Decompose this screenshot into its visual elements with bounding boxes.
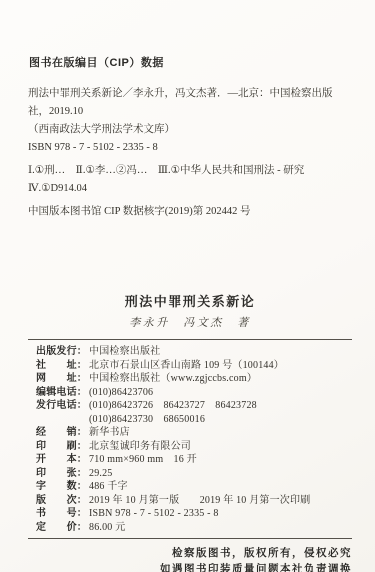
book-copyright-page: 图书在版编目（CIP）数据 刑法中罪刑关系新论／李永升，冯文杰著．—北京：中国检… [0,0,375,572]
colophon-value: 2019 年 10 月第一版 2019 年 10 月第一次印刷 [89,494,310,508]
book-title: 刑法中罪刑关系新论 [28,291,352,310]
colophon-row-format: 开 本： 710 mm×960 mm 16 开 [36,453,352,467]
colophon-label: 出版发行： [36,345,89,359]
colophon-row-edition: 版 次： 2019 年 10 月第一版 2019 年 10 月第一次印刷 [36,494,352,508]
colophon-value: (010)86423726 86423727 86423728 [89,399,257,413]
colophon-label: 字 数： [36,480,89,494]
colophon-row-word-count: 字 数： 486 千字 [36,480,352,494]
cip-line-record-number: 中国版本图书馆 CIP 数据核字(2019)第 202442 号 [28,203,352,221]
notice-copyright: 检察版图书，版权所有，侵权必究 [28,545,352,561]
colophon: 出版发行： 中国检察出版社 社 址： 北京市石景山区香山南路 109 号（100… [28,345,352,534]
cip-line-series: （西南政法大学刑法学术文库） [28,121,352,139]
colophon-row-printer: 印 刷： 北京玺诚印务有限公司 [36,440,352,454]
colophon-label: 定 价： [36,521,89,535]
cip-line-classification: Ⅰ.①刑… Ⅱ.①李…②冯… Ⅲ.①中华人民共和国刑法 - 研究 Ⅳ.①D914… [28,162,352,198]
colophon-label: 开 本： [36,453,89,467]
colophon-value: 北京市石景山区香山南路 109 号（100144） [89,359,284,373]
colophon-value: 486 千字 [89,480,128,494]
colophon-row-distribution-phone: 发行电话： (010)86423726 86423727 86423728 [36,399,352,413]
colophon-row-sheets: 印 张： 29.25 [36,467,352,481]
colophon-value: (010)86423706 [89,386,153,400]
colophon-row-distribution-phone-2: (010)86423730 68650016 [36,413,352,427]
colophon-row-publisher: 出版发行： 中国检察出版社 [36,345,352,359]
colophon-value: 中国检察出版社（www.zgjccbs.com） [89,372,257,386]
colophon-label: 发行电话： [36,399,89,413]
colophon-label: 编辑电话： [36,386,89,400]
colophon-row-editorial-phone: 编辑电话： (010)86423706 [36,386,352,400]
colophon-row-website: 网 址： 中国检察出版社（www.zgjccbs.com） [36,372,352,386]
colophon-value: 北京玺诚印务有限公司 [89,440,191,454]
colophon-value: 710 mm×960 mm 16 开 [89,453,197,467]
colophon-label [36,413,89,427]
divider-bottom [28,538,352,539]
cip-header: 图书在版编目（CIP）数据 [29,54,352,70]
colophon-label: 版 次： [36,494,89,508]
colophon-value: ISBN 978 - 7 - 5102 - 2335 - 8 [89,507,219,521]
colophon-value: 新华书店 [89,426,130,440]
divider-top [28,339,352,340]
cip-block: 图书在版编目（CIP）数据 刑法中罪刑关系新论／李永升，冯文杰著．—北京：中国检… [28,54,352,221]
colophon-label: 社 址： [36,359,89,373]
copyright-notices: 检察版图书，版权所有，侵权必究 如遇图书印装质量问题本社负责调换 [28,545,352,572]
page-content: 图书在版编目（CIP）数据 刑法中罪刑关系新论／李永升，冯文杰著．—北京：中国检… [0,0,375,572]
colophon-value: 29.25 [89,467,113,481]
colophon-row-distributor: 经 销： 新华书店 [36,426,352,440]
colophon-label: 经 销： [36,426,89,440]
colophon-value: 86.00 元 [89,521,125,535]
colophon-label: 网 址： [36,372,89,386]
book-authors: 李永升 冯文杰 著 [28,314,352,330]
cip-line-isbn: ISBN 978 - 7 - 5102 - 2335 - 8 [28,139,352,157]
colophon-label: 印 刷： [36,440,89,454]
colophon-row-price: 定 价： 86.00 元 [36,521,352,535]
title-block: 刑法中罪刑关系新论 李永升 冯文杰 著 [28,291,352,330]
colophon-value: 中国检察出版社 [89,345,160,359]
colophon-value: (010)86423730 68650016 [89,413,205,427]
colophon-label: 书 号： [36,507,89,521]
notice-replacement: 如遇图书印装质量问题本社负责调换 [28,561,352,572]
cip-line-title-statement: 刑法中罪刑关系新论／李永升，冯文杰著．—北京：中国检察出版社，2019.10 [28,85,352,121]
colophon-label: 印 张： [36,467,89,481]
colophon-row-isbn: 书 号： ISBN 978 - 7 - 5102 - 2335 - 8 [36,507,352,521]
colophon-row-address: 社 址： 北京市石景山区香山南路 109 号（100144） [36,359,352,373]
